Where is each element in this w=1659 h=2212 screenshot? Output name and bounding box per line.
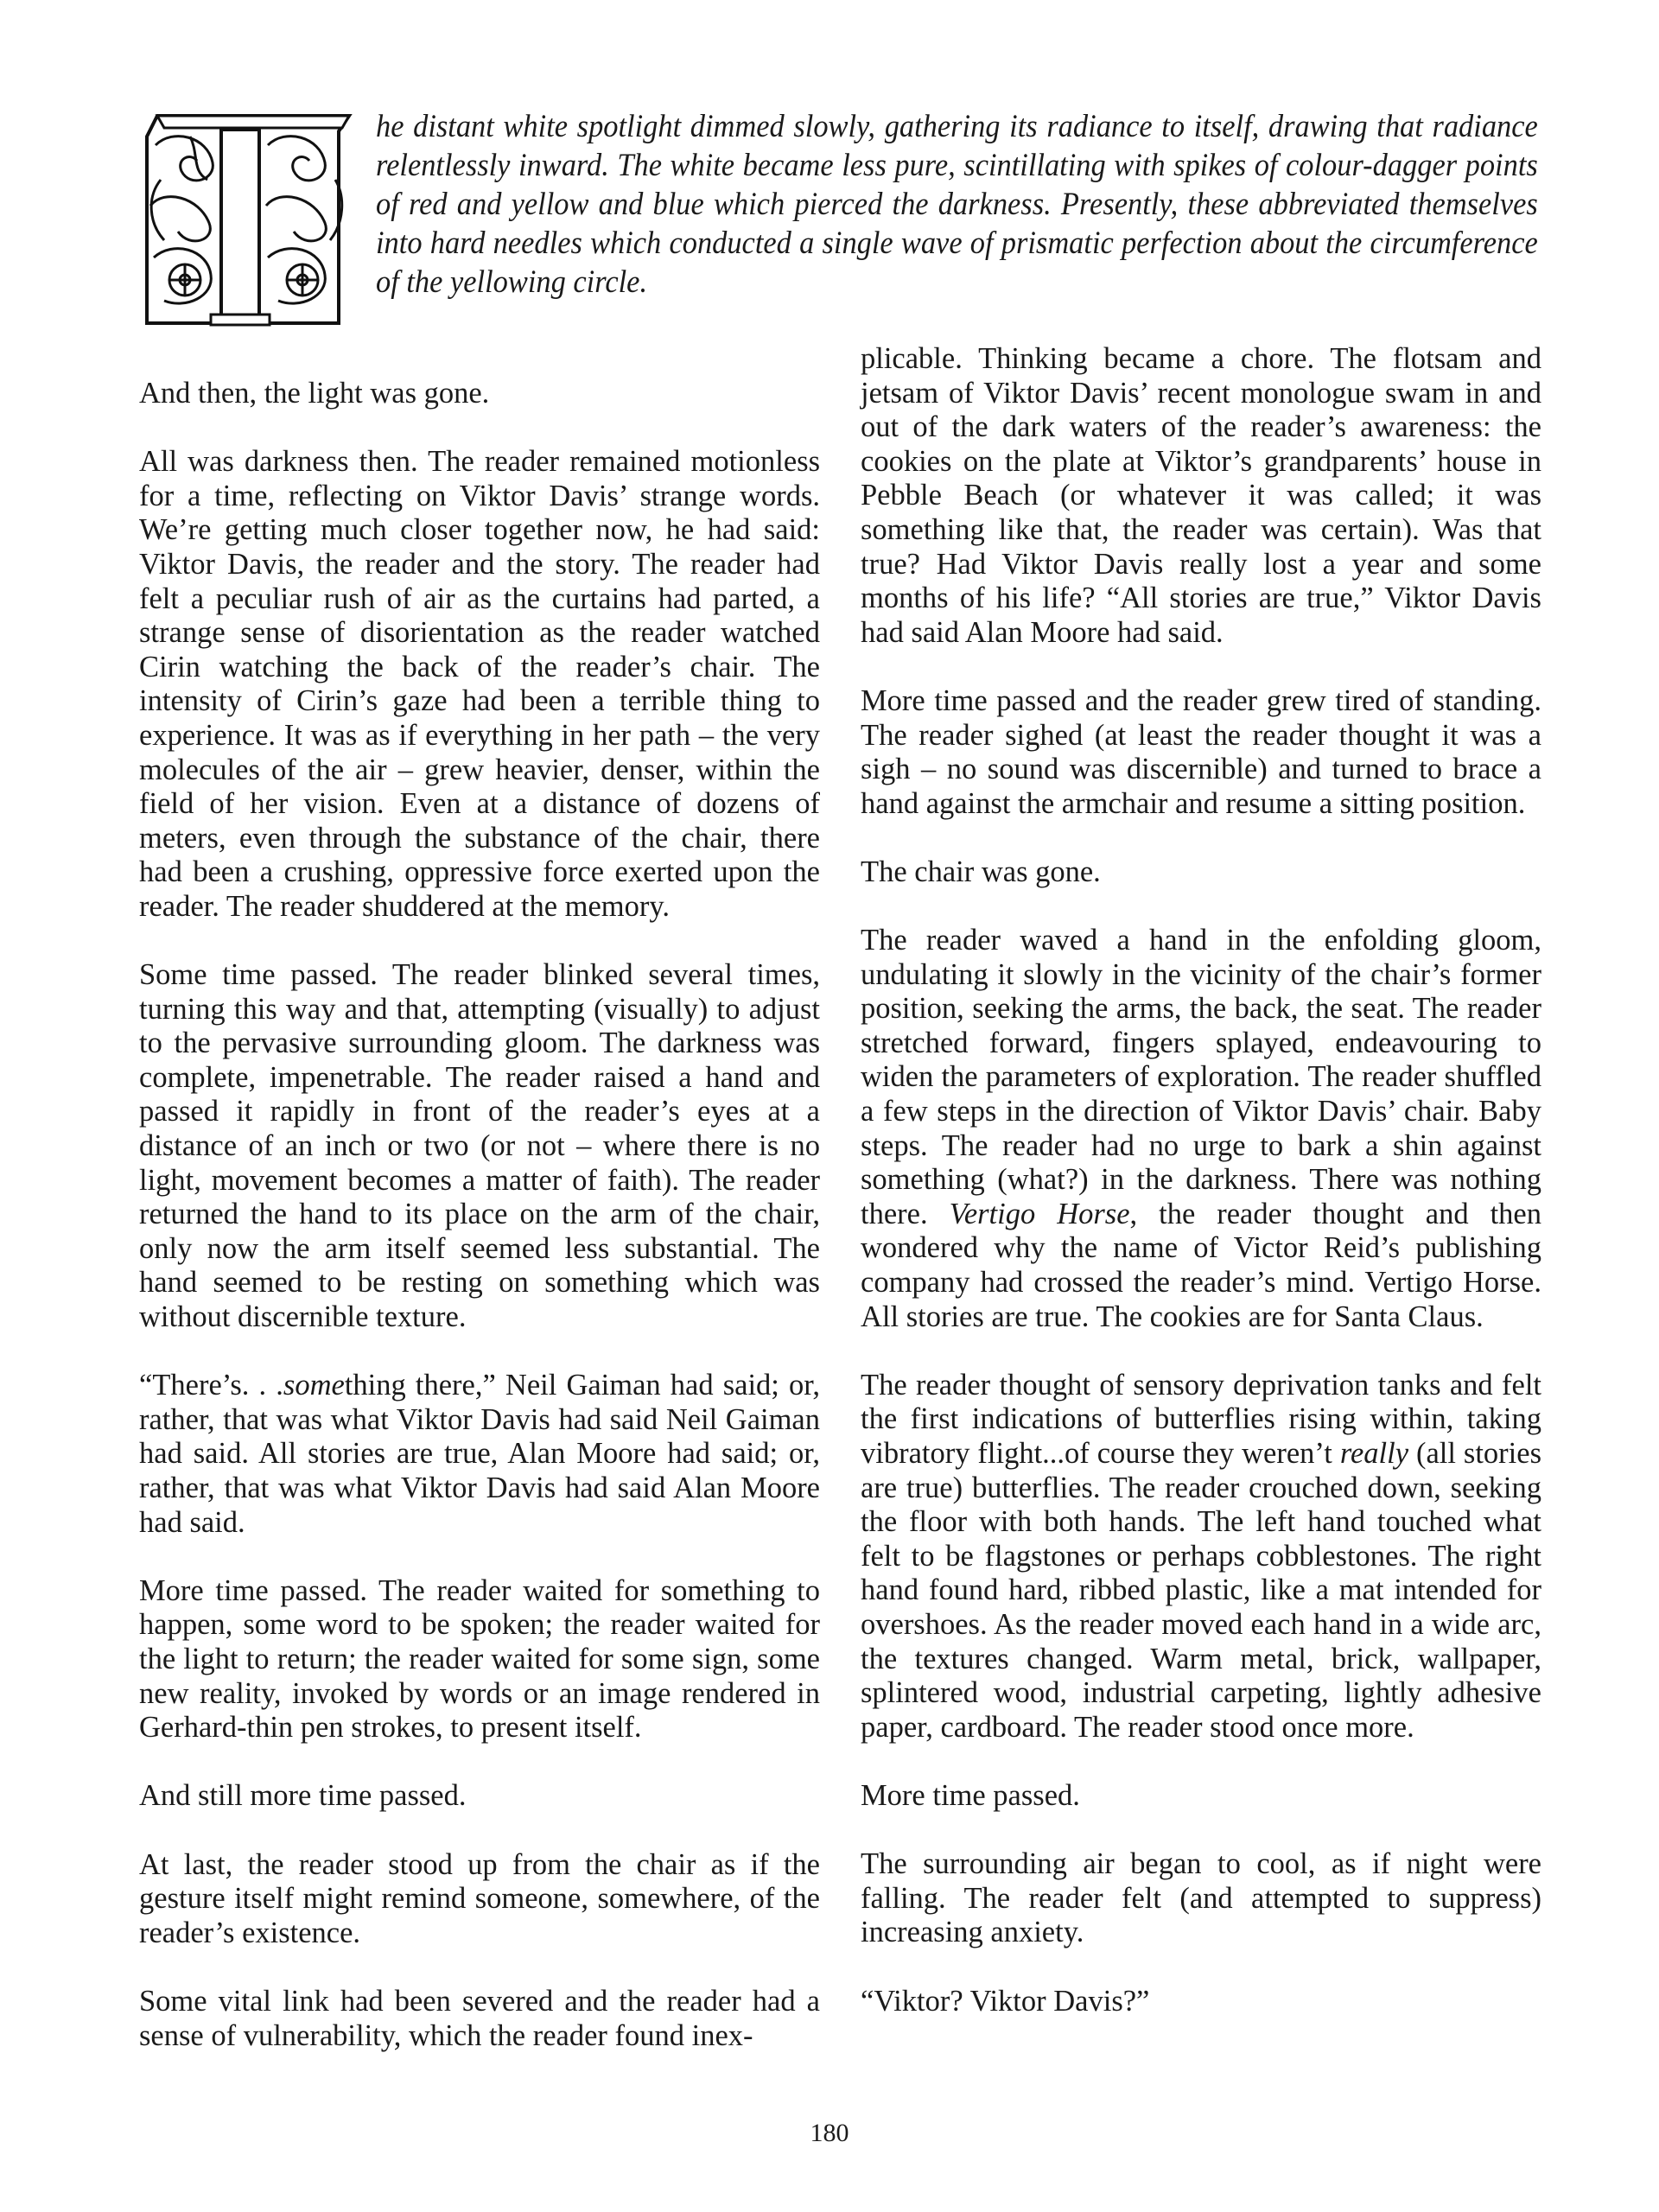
paragraph: “Viktor? Viktor Davis?” — [861, 1985, 1541, 2019]
text-run: (all stories are true) butterflies. The … — [861, 1437, 1541, 1744]
paragraph: More time passed and the reader grew tir… — [861, 684, 1541, 821]
paragraph: And still more time passed. — [139, 1779, 820, 1814]
paragraph: All was darkness then. The reader remain… — [139, 445, 820, 924]
page-number: 180 — [0, 2119, 1659, 2148]
text-run: The reader waved a hand in the enfolding… — [861, 924, 1541, 1230]
paragraph: More time passed. — [861, 1779, 1541, 1814]
italic-run: really — [1340, 1437, 1408, 1470]
paragraph: More time passed. The reader waited for … — [139, 1574, 820, 1745]
italic-run: Vertigo Horse — [950, 1198, 1130, 1230]
paragraph: Some vital link had been severed and the… — [139, 1985, 820, 2053]
paragraph: plicable. Thinking became a chore. The f… — [861, 342, 1541, 650]
right-column: plicable. Thinking became a chore. The f… — [861, 342, 1541, 2018]
paragraph: The reader thought of sensory deprivatio… — [861, 1369, 1541, 1745]
paragraph: Some time passed. The reader blinked sev… — [139, 958, 820, 1335]
opening-paragraph: he distant white spotlight dimmed slowly… — [138, 107, 1538, 340]
paragraph: The surrounding air began to cool, as if… — [861, 1847, 1541, 1950]
italic-run: some — [283, 1369, 345, 1402]
paragraph: “There’s. . .something there,” Neil Gaim… — [139, 1369, 820, 1540]
ornamental-dropcap-t-icon — [138, 111, 356, 332]
paragraph: The chair was gone. — [861, 855, 1541, 890]
intro-italic-text: he distant white spotlight dimmed slowly… — [376, 107, 1538, 302]
paragraph: At last, the reader stood up from the ch… — [139, 1848, 820, 1951]
paragraph: And then, the light was gone. — [139, 377, 820, 411]
text-run: “There’s. . . — [139, 1369, 283, 1402]
paragraph: The reader waved a hand in the enfolding… — [861, 924, 1541, 1334]
left-column: And then, the light was gone. All was da… — [139, 377, 820, 2053]
